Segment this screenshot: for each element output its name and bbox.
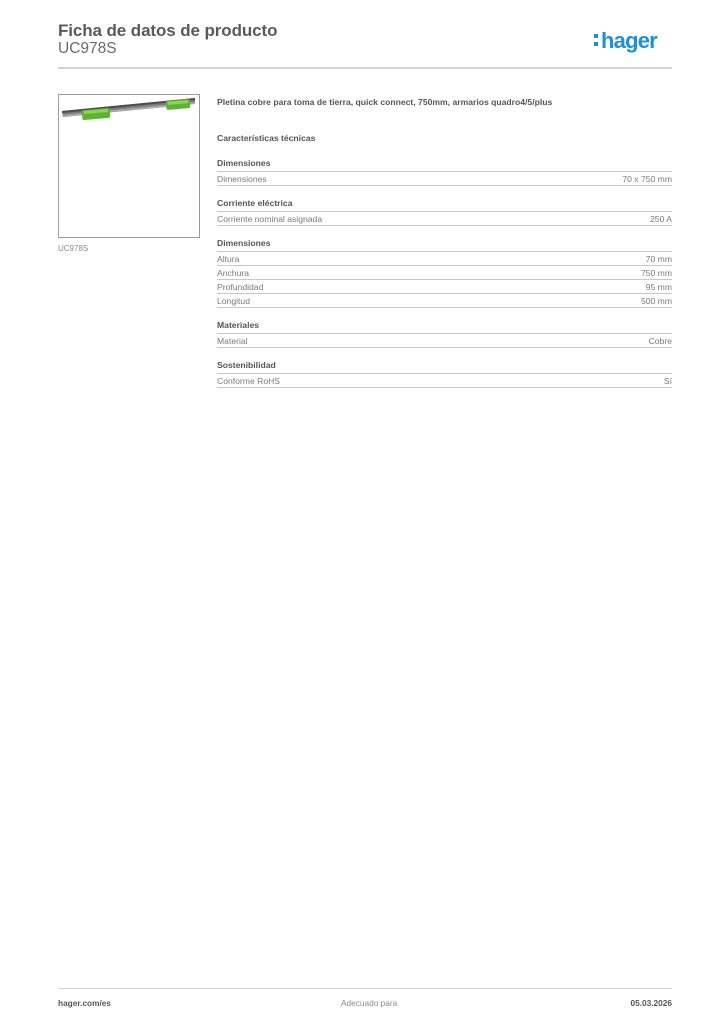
spec-value: Cobre <box>649 335 672 347</box>
copper-bar-icon <box>59 95 199 237</box>
spec-row: Altura 70 mm <box>217 252 672 266</box>
spec-group-dimensiones-detalle: Dimensiones Altura 70 mm Anchura 750 mm … <box>217 238 672 308</box>
image-caption: UC978S <box>58 244 88 253</box>
header-divider <box>58 67 672 69</box>
spec-group-materiales: Materiales Material Cobre <box>217 320 672 348</box>
spec-group-sostenibilidad: Sostenibilidad Conforme RoHS Sí <box>217 360 672 388</box>
logo-text: hager <box>601 28 657 53</box>
spec-value: 750 mm <box>641 267 672 279</box>
spec-row: Material Cobre <box>217 334 672 348</box>
page-title: Ficha de datos de producto <box>58 21 277 41</box>
hager-logo: hager <box>594 29 657 53</box>
spec-label: Corriente nominal asignada <box>217 213 322 225</box>
spec-row: Corriente nominal asignada 250 A <box>217 212 672 226</box>
spec-row: Profundidad 95 mm <box>217 280 672 294</box>
spec-label: Conforme RoHS <box>217 375 280 387</box>
spec-row: Conforme RoHS Sí <box>217 374 672 388</box>
spec-value: 500 mm <box>641 295 672 307</box>
spec-value: 95 mm <box>646 281 672 293</box>
product-image <box>58 94 200 238</box>
spec-row: Longitud 500 mm <box>217 294 672 308</box>
spec-label: Longitud <box>217 295 250 307</box>
spec-label: Material <box>217 335 248 347</box>
spec-group-title: Dimensiones <box>217 158 672 172</box>
spec-group-corriente: Corriente eléctrica Corriente nominal as… <box>217 198 672 226</box>
spec-group-title: Dimensiones <box>217 238 672 252</box>
spec-group-dimensiones: Dimensiones Dimensiones 70 x 750 mm <box>217 158 672 186</box>
spec-label: Altura <box>217 253 239 265</box>
spec-row: Anchura 750 mm <box>217 266 672 280</box>
footer-date: 05.03.2026 <box>630 998 672 1008</box>
spec-group-title: Corriente eléctrica <box>217 198 672 212</box>
spec-group-title: Sostenibilidad <box>217 360 672 374</box>
specs-title: Características técnicas <box>217 132 672 144</box>
spec-row: Dimensiones 70 x 750 mm <box>217 172 672 186</box>
product-description: Pletina cobre para toma de tierra, quick… <box>217 96 672 108</box>
product-reference: UC978S <box>58 40 117 58</box>
product-content: Pletina cobre para toma de tierra, quick… <box>217 96 672 400</box>
footer-center-text: Adecuado para <box>341 998 397 1008</box>
footer-divider <box>58 988 672 989</box>
spec-value: Sí <box>664 375 672 387</box>
spec-label: Dimensiones <box>217 173 267 185</box>
footer-website-link[interactable]: hager.com/es <box>58 998 111 1008</box>
spec-value: 70 x 750 mm <box>622 173 672 185</box>
spec-value: 250 A <box>650 213 672 225</box>
spec-value: 70 mm <box>646 253 672 265</box>
spec-label: Profundidad <box>217 281 263 293</box>
spec-group-title: Materiales <box>217 320 672 334</box>
spec-label: Anchura <box>217 267 249 279</box>
